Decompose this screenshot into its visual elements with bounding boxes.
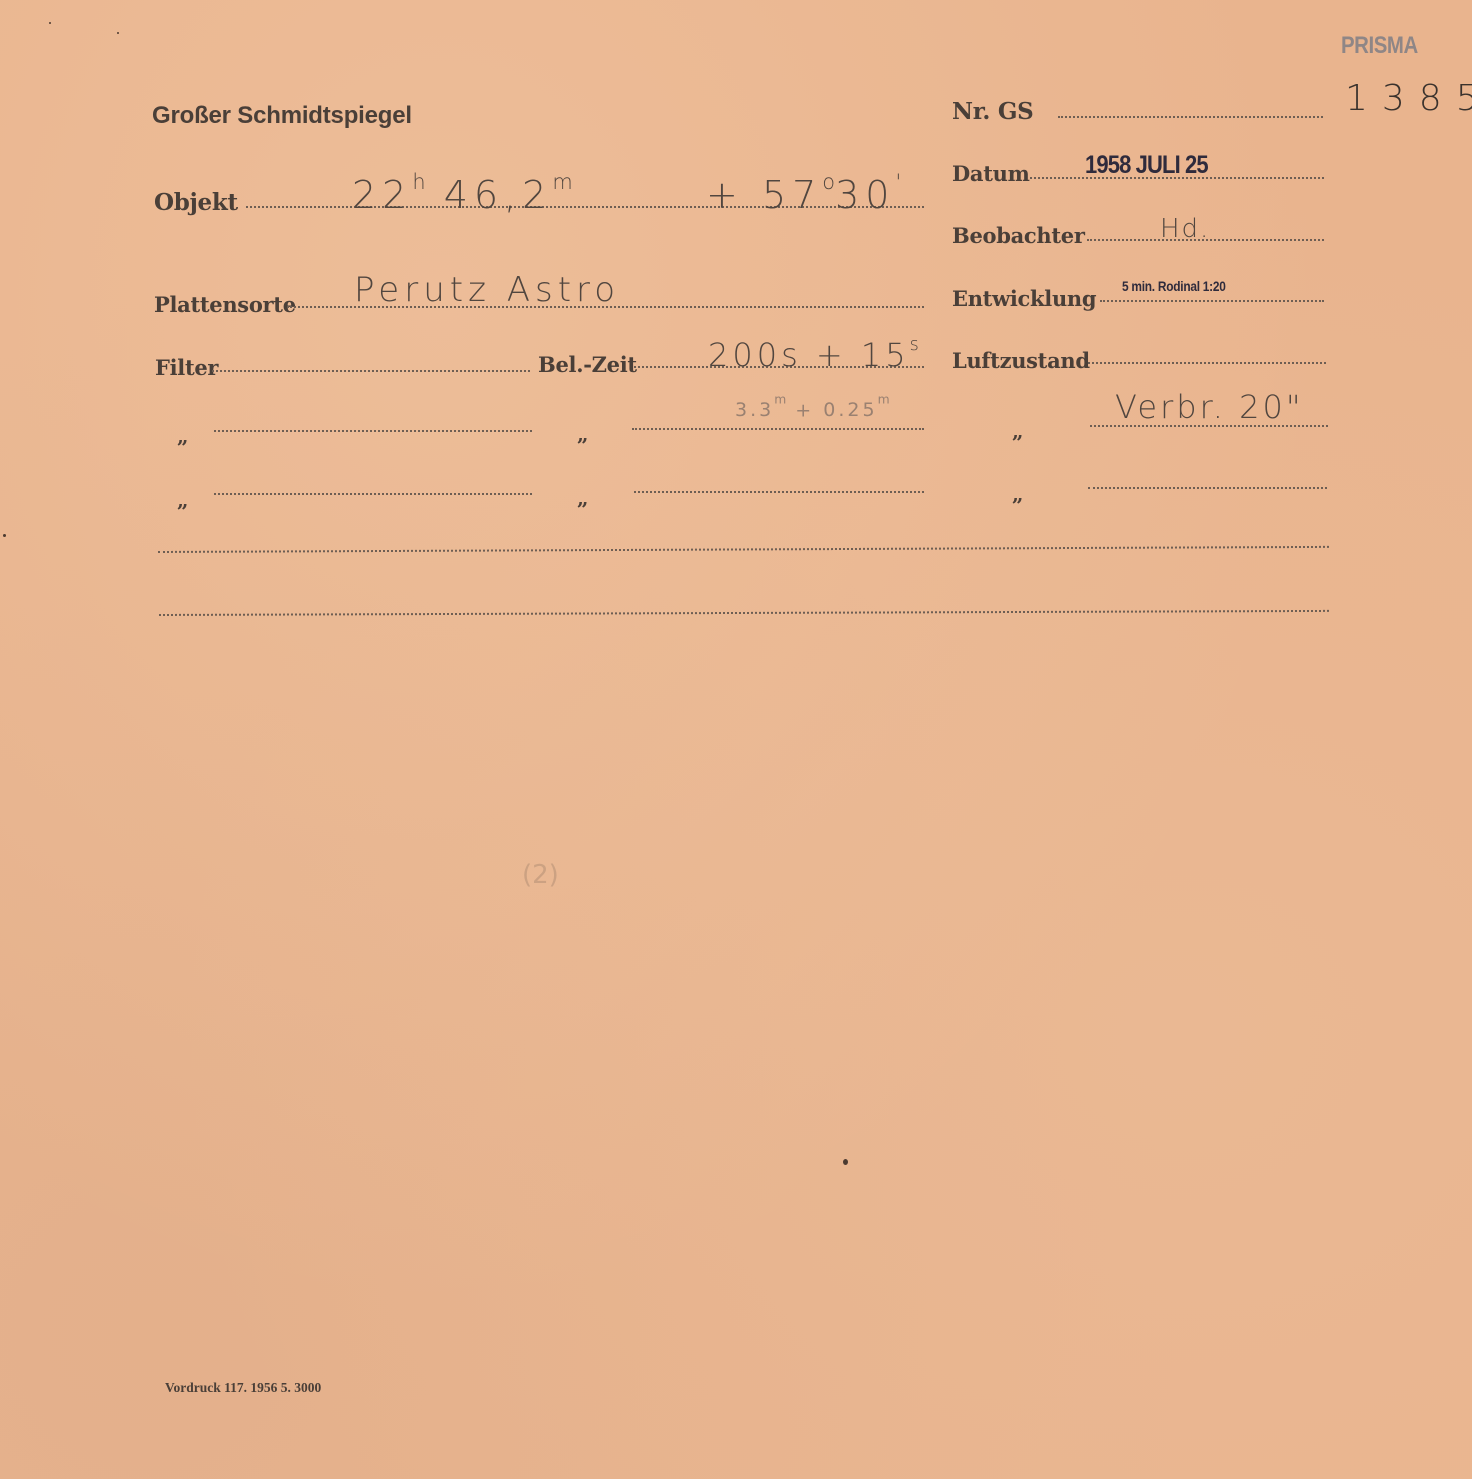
objekt-ra-value: 22h 46,2m xyxy=(352,170,573,217)
label-datum: Datum xyxy=(952,161,1030,186)
entwicklung-stamp-value: 5 min. Rodinal 1:20 xyxy=(1122,278,1226,294)
ditto-filter-1: „ xyxy=(177,424,189,448)
objekt-dec-minutes-unit: ' xyxy=(895,170,901,194)
print-note: Vordruck 117. 1956 5. 3000 xyxy=(165,1380,321,1396)
objekt-dec-minutes: 30 xyxy=(835,173,895,217)
label-luftzustand: Luftzustand xyxy=(952,348,1090,373)
label-nr: Nr. GS xyxy=(952,98,1034,125)
ditto-luftzustand-2: „ xyxy=(1012,482,1024,506)
label-beobachter: Beobachter xyxy=(952,223,1085,248)
faint-circled-mark: (2) xyxy=(522,860,559,890)
beobachter-value: Hd. xyxy=(1160,214,1210,244)
objekt-ra-hours-unit: h xyxy=(412,170,425,194)
field-nr[interactable] xyxy=(1058,116,1323,118)
belzeit-note-a-unit: m xyxy=(774,393,786,407)
field-belzeit-3[interactable] xyxy=(634,491,924,493)
ditto-belzeit-1: „ xyxy=(577,422,589,446)
field-luftzustand[interactable] xyxy=(1088,362,1326,364)
belzeit-pencil-note: 3.3m + 0.25m xyxy=(735,393,890,421)
label-entwicklung: Entwicklung xyxy=(952,286,1096,311)
objekt-ra-minutes-unit: m xyxy=(552,170,572,194)
field-filter-2[interactable] xyxy=(214,430,532,432)
field-remarks-2[interactable] xyxy=(159,610,1329,616)
paper-speck xyxy=(117,32,119,34)
belzeit-note-b: 0.25m xyxy=(823,399,889,421)
paper-speck xyxy=(49,22,51,24)
form-title: Großer Schmidtspiegel xyxy=(152,102,412,130)
plate-number: 1385 xyxy=(1345,78,1472,119)
objekt-dec-value: + 57o30' xyxy=(706,170,901,217)
field-entwicklung[interactable] xyxy=(1100,300,1324,302)
objekt-dec-degrees-unit: o xyxy=(822,170,835,194)
objekt-ra-minutes: 46,2 xyxy=(444,173,553,217)
label-objekt: Objekt xyxy=(154,189,238,216)
label-filter: Filter xyxy=(155,355,218,380)
paper-speck xyxy=(843,1159,848,1165)
belzeit-unit: s xyxy=(910,335,919,355)
objekt-dec-degrees: 57 xyxy=(762,173,822,217)
belzeit-note-b-unit: m xyxy=(878,393,890,407)
label-plattensorte: Plattensorte xyxy=(154,292,296,317)
objekt-dec-sign: + xyxy=(706,173,744,217)
datum-stamp-value: 1958 JULI 25 xyxy=(1085,151,1208,180)
field-remarks-1[interactable] xyxy=(158,546,1329,553)
field-luftzustand-3[interactable] xyxy=(1088,487,1327,489)
ditto-filter-2: „ xyxy=(177,488,189,512)
belzeit-note-a-value: 3.3 xyxy=(735,399,774,421)
field-filter[interactable] xyxy=(212,370,530,372)
plattensorte-value: Perutz Astro xyxy=(354,270,620,310)
label-belzeit: Bel.-Zeit xyxy=(538,352,637,377)
luftzustand-2-value: Verbr. 20" xyxy=(1115,388,1304,426)
belzeit-note-plus: + xyxy=(795,399,814,421)
belzeit-value: 200s + 15s xyxy=(708,335,919,374)
ditto-luftzustand-1: „ xyxy=(1012,419,1024,443)
field-belzeit-2[interactable] xyxy=(632,428,924,430)
belzeit-note-a: 3.3m xyxy=(735,399,786,421)
ditto-belzeit-2: „ xyxy=(577,486,589,510)
archive-stamp: PRISMA xyxy=(1341,32,1418,60)
field-filter-3[interactable] xyxy=(214,493,532,495)
objekt-ra-hours: 22 xyxy=(352,173,412,217)
belzeit-main: 200s + 15 xyxy=(708,336,910,374)
paper-speck xyxy=(3,534,6,537)
belzeit-note-b-value: 0.25 xyxy=(823,399,877,421)
